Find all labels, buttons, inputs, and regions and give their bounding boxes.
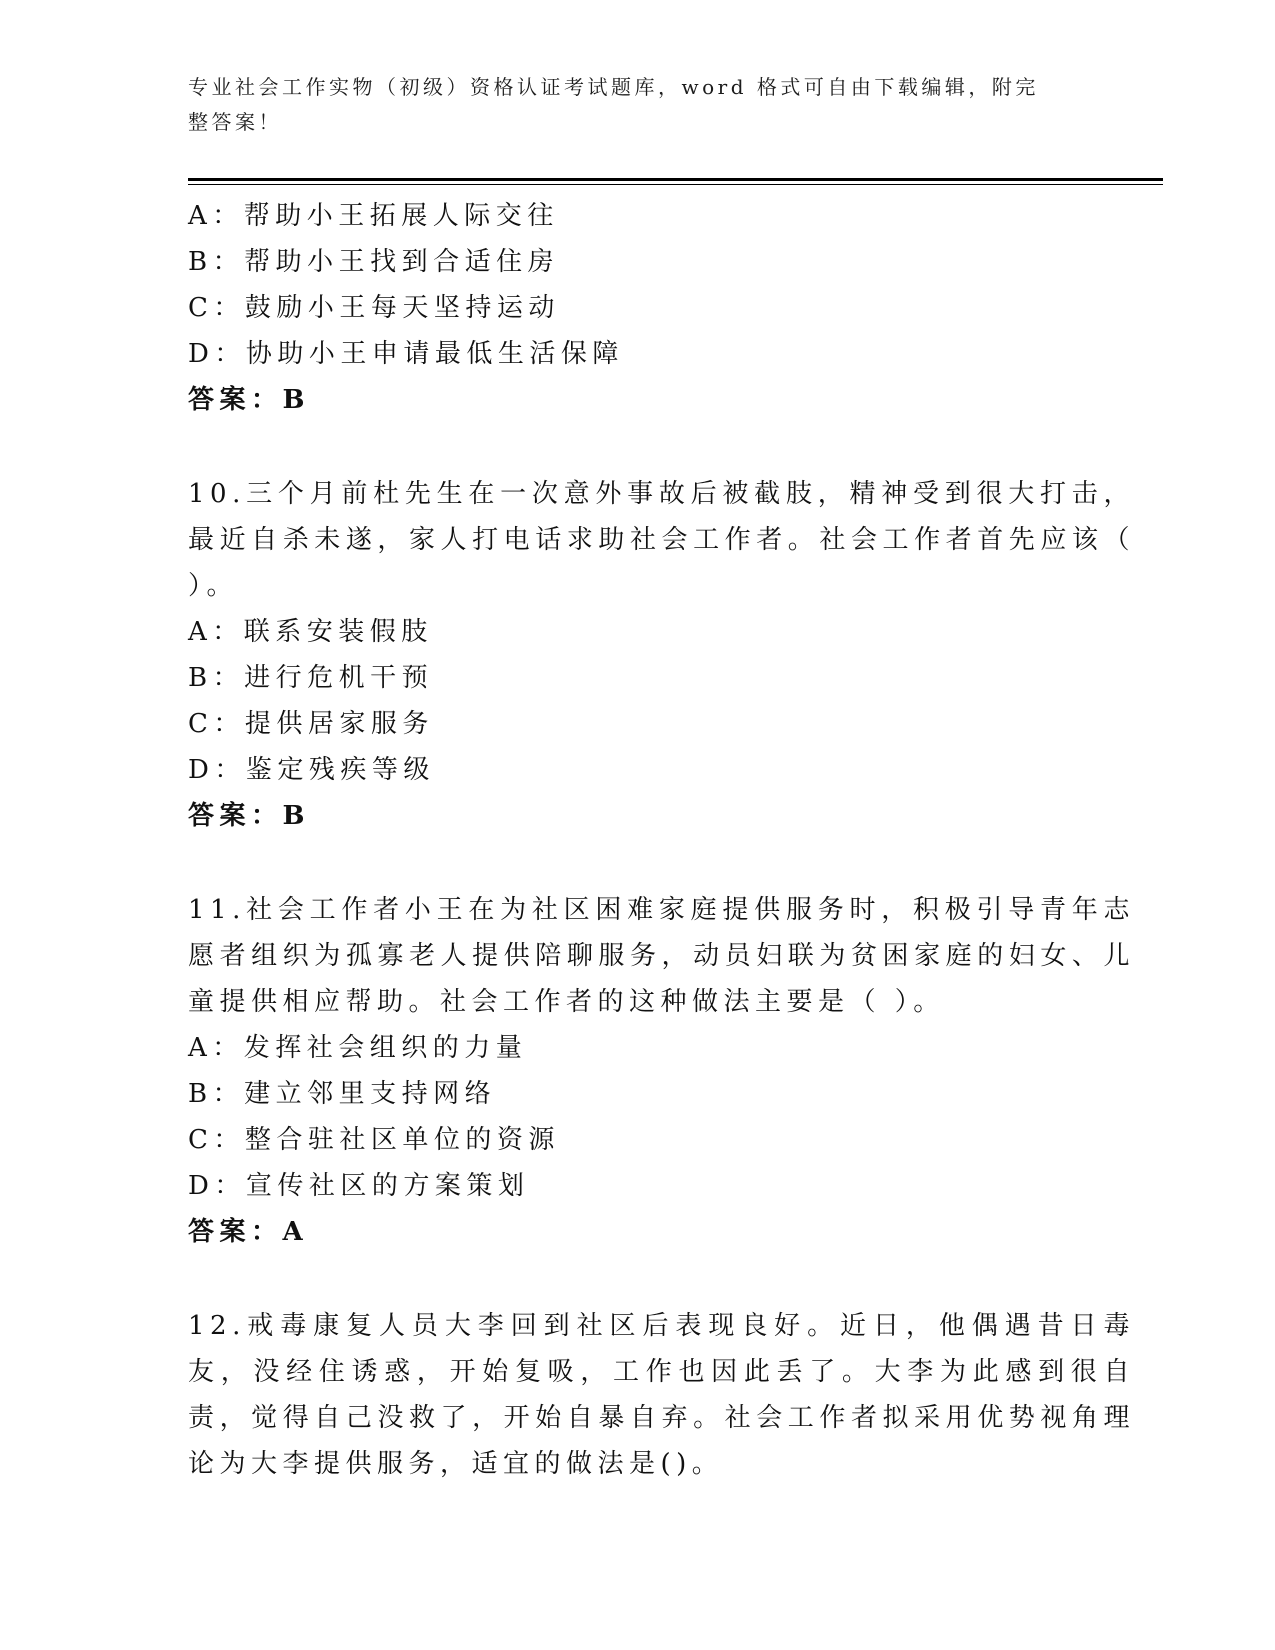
answer-line: 答案：A <box>188 1209 1135 1255</box>
question-text: 11.社会工作者小王在为社区困难家庭提供服务时，积极引导青年志愿者组织为孤寡老人… <box>188 887 1135 1025</box>
option-c: C：提供居家服务 <box>188 701 1135 747</box>
option-b: B：建立邻里支持网络 <box>188 1071 1135 1117</box>
option-a: A：联系安装假肢 <box>188 609 1135 655</box>
option-d: D：协助小王申请最低生活保障 <box>188 331 1135 377</box>
answer-line: 答案：B <box>188 793 1135 839</box>
header-line-1: 专业社会工作实物（初级）资格认证考试题库，word 格式可自由下载编辑，附完 <box>188 70 1163 105</box>
question-11: 11.社会工作者小王在为社区困难家庭提供服务时，积极引导青年志愿者组织为孤寡老人… <box>188 887 1135 1255</box>
header-divider <box>188 178 1163 185</box>
header-line-2: 整答案！ <box>188 105 1163 140</box>
question-text: 12.戒毒康复人员大李回到社区后表现良好。近日，他偶遇昔日毒友，没经住诱惑，开始… <box>188 1303 1135 1487</box>
option-d: D：鉴定残疾等级 <box>188 747 1135 793</box>
option-a: A：帮助小王拓展人际交往 <box>188 193 1135 239</box>
option-a: A：发挥社会组织的力量 <box>188 1025 1135 1071</box>
question-10: 10.三个月前杜先生在一次意外事故后被截肢，精神受到很大打击，最近自杀未遂，家人… <box>188 471 1135 839</box>
document-body: A：帮助小王拓展人际交往 B：帮助小王找到合适住房 C：鼓励小王每天坚持运动 D… <box>188 193 1163 1487</box>
option-d: D：宣传社区的方案策划 <box>188 1163 1135 1209</box>
question-12: 12.戒毒康复人员大李回到社区后表现良好。近日，他偶遇昔日毒友，没经住诱惑，开始… <box>188 1303 1135 1487</box>
option-b: B：帮助小王找到合适住房 <box>188 239 1135 285</box>
page-header: 专业社会工作实物（初级）资格认证考试题库，word 格式可自由下载编辑，附完 整… <box>188 0 1163 140</box>
answer-line: 答案：B <box>188 377 1135 423</box>
option-b: B：进行危机干预 <box>188 655 1135 701</box>
option-c: C：鼓励小王每天坚持运动 <box>188 285 1135 331</box>
option-c: C：整合驻社区单位的资源 <box>188 1117 1135 1163</box>
question-9-continuation: A：帮助小王拓展人际交往 B：帮助小王找到合适住房 C：鼓励小王每天坚持运动 D… <box>188 193 1135 423</box>
document-page: 专业社会工作实物（初级）资格认证考试题库，word 格式可自由下载编辑，附完 整… <box>0 0 1275 1650</box>
question-text: 10.三个月前杜先生在一次意外事故后被截肢，精神受到很大打击，最近自杀未遂，家人… <box>188 471 1135 609</box>
